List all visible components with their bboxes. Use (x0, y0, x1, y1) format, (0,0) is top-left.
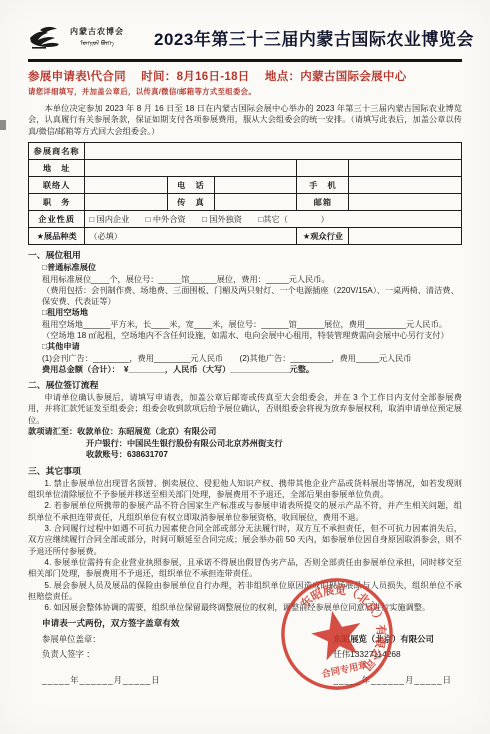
header: 内蒙古农博会 ᠮᠣᠩᠭᠣᠯ ᠪᠦᠭᠡ 2023年第三十三届内蒙古国际农业博览会 (28, 24, 462, 50)
advert-fill-line: (1)会刊广告：________，费用________元人民币 (2)其他广告：… (28, 353, 462, 364)
account-line: 收款账号：638631707 (28, 449, 462, 461)
exhibit-type-field: （必填） (85, 228, 297, 245)
other-matters-item: 2. 若参展单位所携带的参展产品不符合国家生产标准或与参展申请表所提交的展示产品… (28, 500, 462, 523)
section-other-matters: 三、其它事项 1. 禁止参展单位出现冒名顶替、倒卖展位、侵犯他人知识产权、携带其… (28, 465, 462, 614)
company-nature-label: 企业性质 (29, 211, 85, 228)
other-matters-item: 4. 参展单位需持有企业营业执照参展，且承诺不得展出假冒伪劣产品，否则全部责任由… (28, 557, 462, 580)
exhibitor-name-field (85, 143, 462, 160)
form-subtitle: 参展申请表\代合同 时间：8月16日-18日 地点：内蒙古国际会展中心 (28, 68, 462, 84)
open-space-checkbox-line: □租用空场地 (28, 307, 462, 318)
total-amount-line: 费用总金额（合计）： ¥________，人民币（大写）____________… (28, 364, 462, 375)
logo-mongolian-script: ᠮᠣᠩᠭᠣᠯ ᠪᠦᠭᠡ (70, 36, 124, 47)
form-instruction: 请您详细填写，并加盖公章后，以传真/微信/邮箱等方式至组委会。 (28, 87, 462, 97)
table-row: 参展商名称 (29, 143, 462, 160)
table-row: 地 址 (29, 160, 462, 177)
header-divider (28, 59, 462, 62)
signing-process-paragraph: 申请单位确认参展后，请填写申请表，加盖公章后邮寄或传真至大会组委会，并在 3 个… (28, 392, 462, 426)
other-matters-item: 3. 合同履行过程中如遇不可抗力因素使合同全部或部分无法履行时，双方互不承担责任… (28, 523, 462, 557)
organizer-signature-column: 东昭展览（北京）有限公司 任伟13327114268 _____年______月… (333, 632, 462, 687)
organizer-date-line: _____年______月_____日 (333, 673, 452, 687)
page-title: 2023年第三十三届内蒙古国际农业博览会 (154, 25, 474, 50)
scan-artifact (0, 120, 6, 130)
open-space-fill-line: 租用空场地______平方米，长____米，宽____米，展位号：______馆… (28, 319, 462, 330)
table-row: 职 务 传 真 邮箱 (29, 194, 462, 211)
signature-block: 申请表一式两份，双方签字盖章有效 参展单位盖章： 负责人签字 ： _____年_… (28, 617, 462, 687)
other-matters-item: 5. 展会参展人员及展品的保险由参展单位自行办理，若非组织单位原因造成的现场展品… (28, 580, 462, 603)
exhibitor-date-line: _____年______月_____日 (42, 673, 161, 687)
fax-field (215, 194, 297, 211)
company-nature-options: □ 国内企业 □ 中外合资 □ 国外独资 □其它（ ） (85, 211, 462, 228)
table-row: ★展品种类 （必填） ★观众行业 (29, 228, 462, 245)
exhibitor-name-label: 参展商名称 (29, 143, 85, 160)
email-field (349, 194, 462, 211)
position-field (85, 194, 167, 211)
remit-payee-line: 款项请汇至：收款单位：东昭展览（北京）有限公司 (28, 426, 462, 438)
bank-line: 开户银行：中国民生银行股份有限公司北京苏州街支行 (28, 438, 462, 450)
other-matters-item: 6. 如因展会整体协调的需要，组织单位保留最终调整展位的权利，调整前经参展单位同… (28, 602, 462, 613)
organizer-company-name: 东昭展览（北京）有限公司 (333, 632, 452, 646)
contact-field (85, 177, 167, 194)
visitor-industry-field (349, 228, 462, 245)
address-extra-cell (297, 160, 349, 177)
copies-note: 申请表一式两份，双方签字盖章有效 (28, 617, 462, 629)
visitor-industry-label: ★观众行业 (297, 228, 349, 245)
exhibit-type-label: ★展品种类 (29, 228, 85, 245)
address-extra-cell (349, 160, 462, 177)
section-signing-process: 二、展位签订流程 申请单位确认参展后，请填写申请表，加盖公章后邮寄或传真至大会组… (28, 379, 462, 461)
exhibitor-info-table: 参展商名称 地 址 联络人 电 话 手 机 职 务 传 真 邮箱 企业性质 (28, 142, 462, 245)
section1-title: 一、展位租用 (28, 249, 462, 262)
scanned-application-form: 内蒙古农博会 ᠮᠣᠩᠭᠣᠯ ᠪᠦᠭᠡ 2023年第三十三届内蒙古国际农业博览会 … (0, 0, 490, 734)
section3-title: 三、其它事项 (28, 465, 462, 478)
organizer-contact: 任伟13327114268 (333, 647, 452, 661)
standard-booth-note: （费用包括：会刊制作费、场地费、三面围板、门楣及两只射灯、一个电源插座（220V… (28, 285, 462, 308)
standard-booth-checkbox-line: □普通标准展位 (28, 262, 462, 273)
section-booth-rental: 一、展位租用 □普通标准展位 租用标准展位____个，展位号：_____馆___… (28, 249, 462, 375)
email-label: 邮箱 (297, 194, 349, 211)
expo-logo: 内蒙古农博会 ᠮᠣᠩᠭᠣᠯ ᠪᠦᠭᠡ (28, 24, 146, 50)
table-row: 联络人 电 话 手 机 (29, 177, 462, 194)
standard-booth-fill-line: 租用标准展位____个，展位号：_____馆______展位，费用：_____元… (28, 274, 462, 285)
responsible-signature-label: 负责人签字 ： (42, 647, 161, 661)
address-field (85, 160, 297, 177)
logo-name: 内蒙古农博会 (70, 27, 124, 37)
contact-label: 联络人 (29, 177, 85, 194)
declaration-paragraph: 本单位决定参加 2023 年 8 月 16 日至 18 日在内蒙古国际会展中心举… (28, 103, 462, 137)
mobile-field (349, 177, 462, 194)
other-matters-item: 1. 禁止参展单位出现冒名顶替、倒卖展位、侵犯他人知识产权、携带其他企业产品或货… (28, 478, 462, 501)
fax-label: 传 真 (167, 194, 215, 211)
table-row: 企业性质 □ 国内企业 □ 中外合资 □ 国外独资 □其它（ ） (29, 211, 462, 228)
section2-title: 二、展位签订流程 (28, 379, 462, 392)
open-space-note: （空场地 18 ㎡起租，空场地内不含任何设施，如需水、电向会展中心租用，特装管理… (28, 330, 462, 341)
address-label: 地 址 (29, 160, 85, 177)
position-label: 职 务 (29, 194, 85, 211)
exhibitor-signature-column: 参展单位盖章： 负责人签字 ： _____年______月_____日 (28, 632, 161, 687)
phone-label: 电 话 (167, 177, 215, 194)
mobile-label: 手 机 (297, 177, 349, 194)
birds-logo-icon (28, 24, 66, 50)
phone-field (215, 177, 297, 194)
other-request-checkbox-line: □其他申请 (28, 341, 462, 352)
exhibitor-seal-label: 参展单位盖章： (42, 632, 161, 646)
